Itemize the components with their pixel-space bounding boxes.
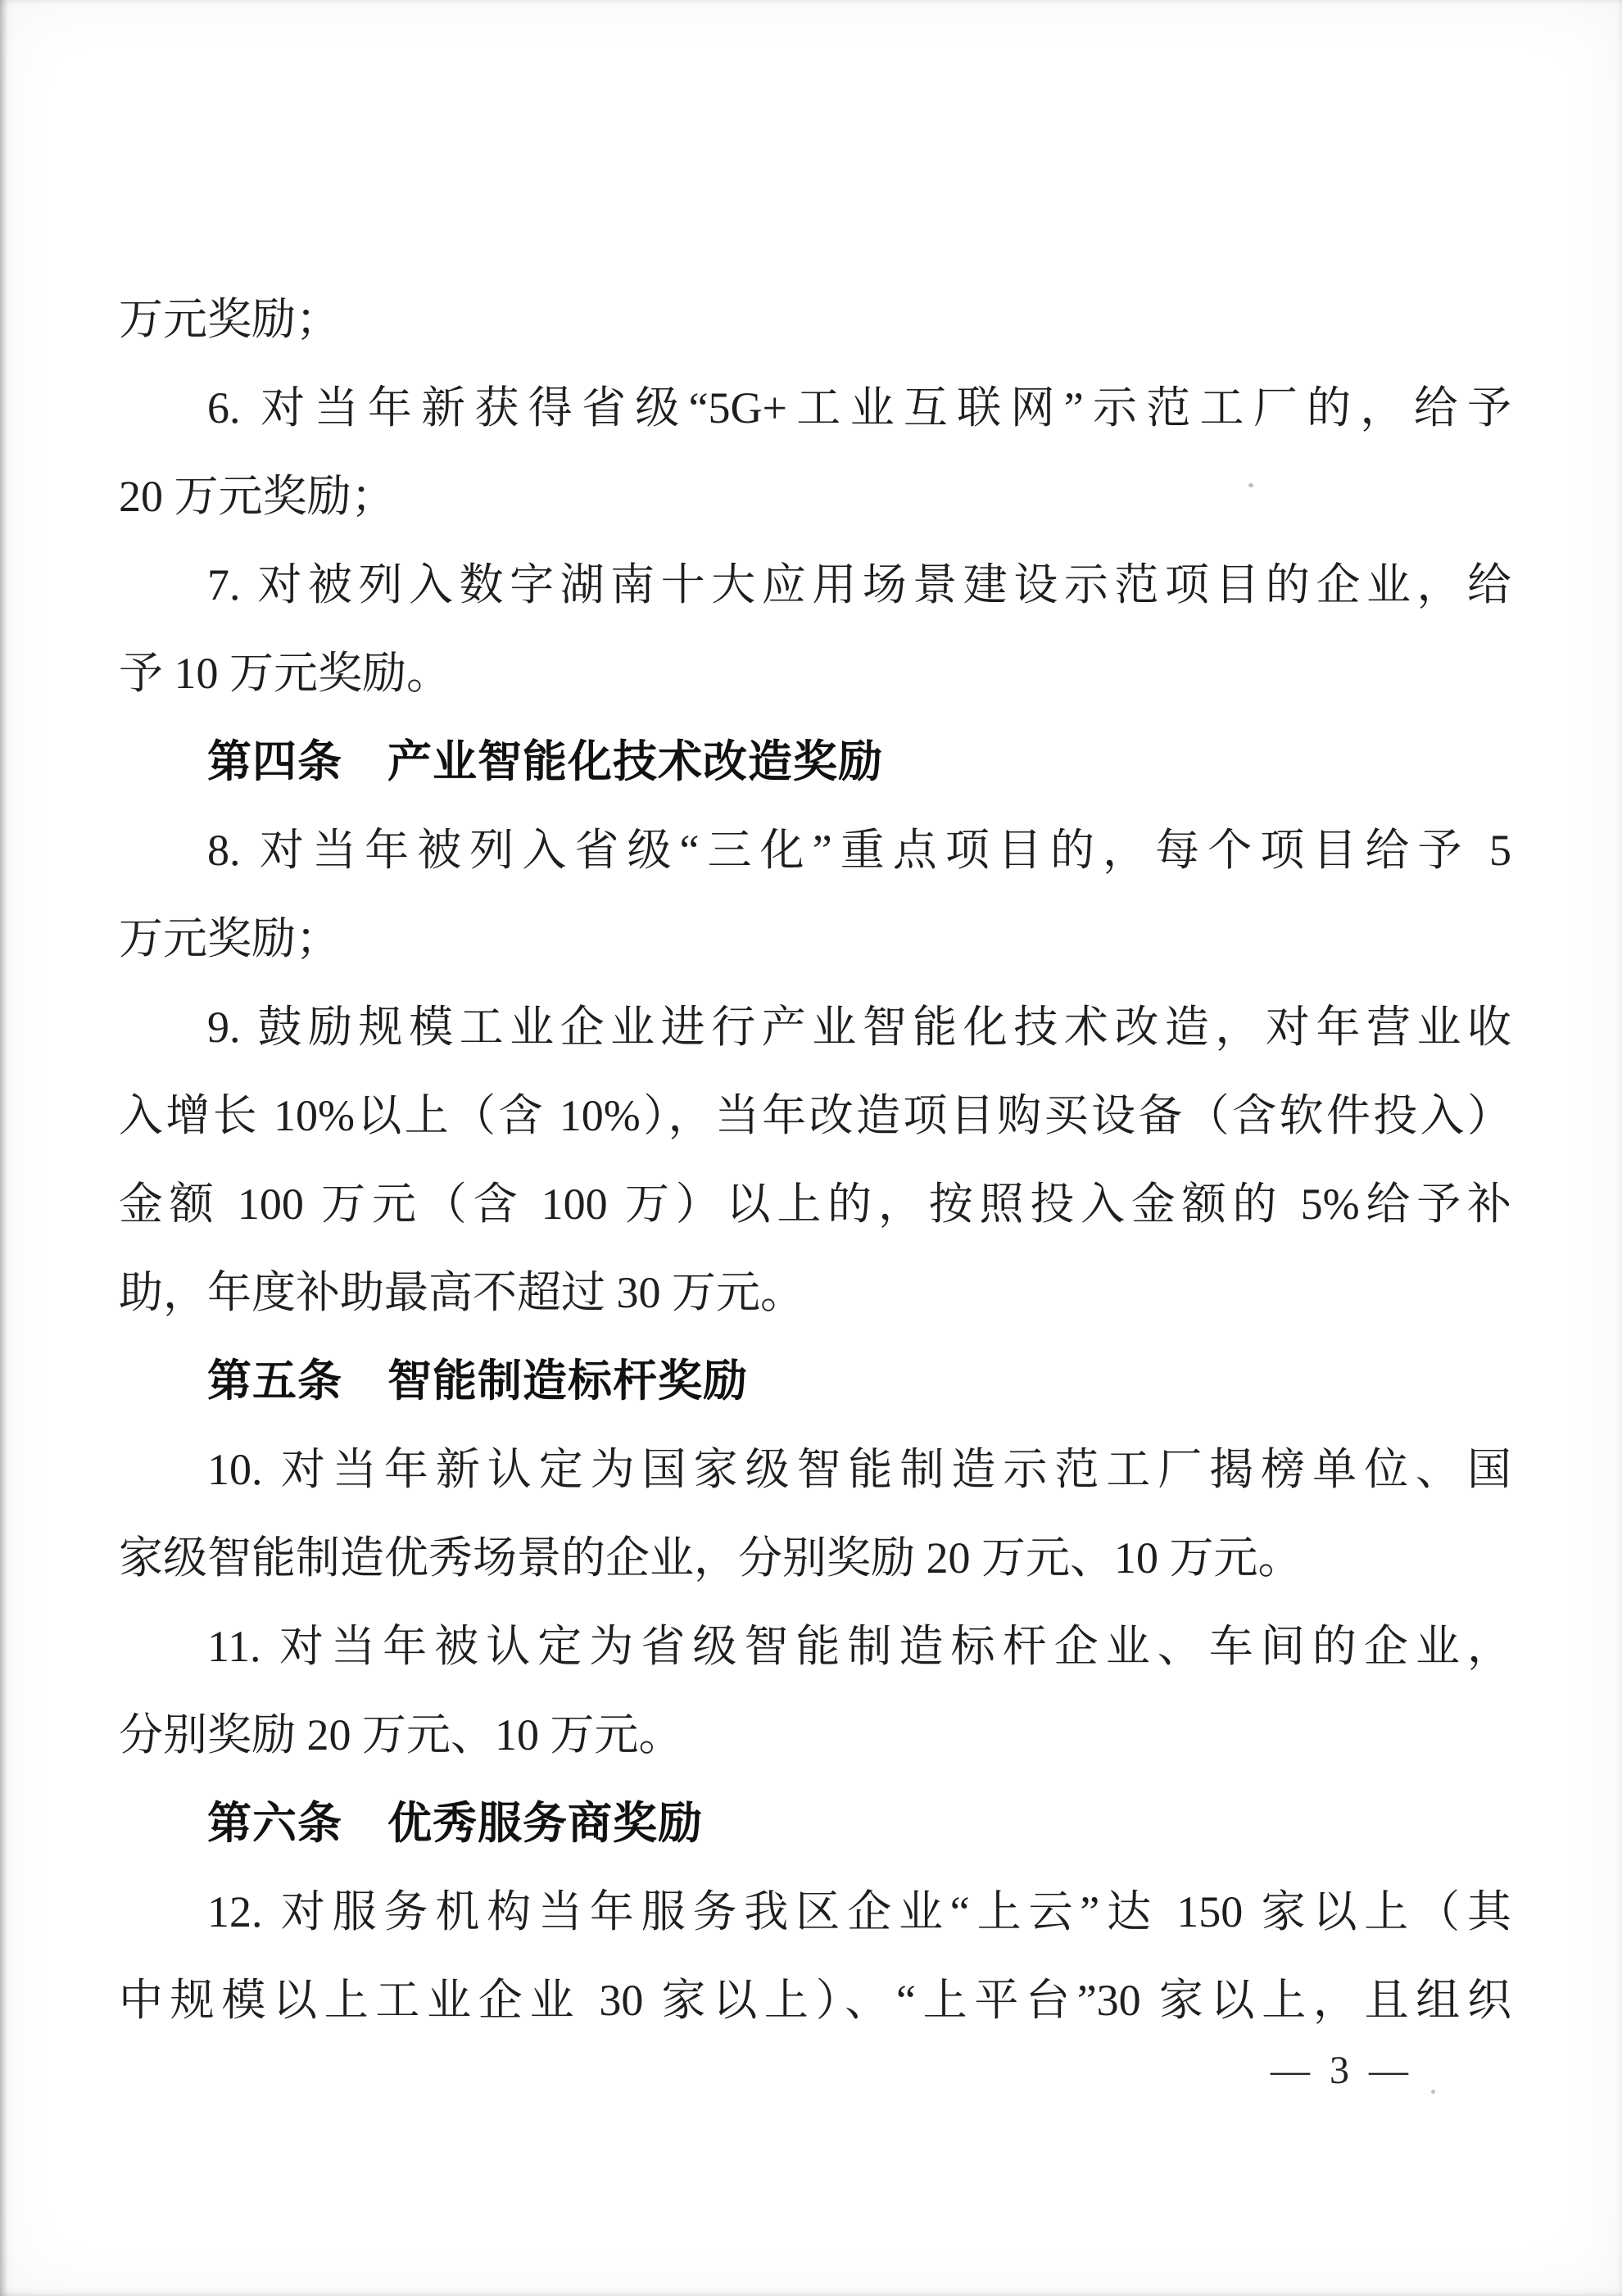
section-heading: 第六条 优秀服务商奖励 [119,1779,1511,1868]
text-line: 10. 对当年新认定为国家级智能制造示范工厂揭榜单位、国 [119,1425,1511,1514]
text-line: 中规模以上工业企业 30 家以上）、“上平台”30 家以上，且组织 [119,1956,1511,2045]
document-page: 万元奖励； 6. 对当年新获得省级“5G+工业互联网”示范工厂的，给予 20 万… [0,0,1622,2296]
text-line: 金额 100 万元（含 100 万）以上的，按照投入金额的 5%给予补 [119,1160,1511,1248]
text-line: 入增长 10%以上（含 10%），当年改造项目购买设备（含软件投入） [119,1071,1511,1160]
text-line: 6. 对当年新获得省级“5G+工业互联网”示范工厂的，给予 [119,364,1511,452]
text-line: 万元奖励； [119,275,1511,364]
text-line: 8. 对当年被列入省级“三化”重点项目的，每个项目给予 5 [119,806,1511,894]
text-line: 助，年度补助最高不超过 30 万元。 [119,1248,1511,1337]
text-line: 20 万元奖励； [119,452,1511,541]
text-line: 11. 对当年被认定为省级智能制造标杆企业、车间的企业， [119,1602,1511,1691]
section-heading: 第四条 产业智能化技术改造奖励 [119,718,1511,806]
text-line: 12. 对服务机构当年服务我区企业“上云”达 150 家以上（其 [119,1868,1511,1956]
scan-speck [1248,483,1253,487]
page-number: — 3 — [1271,2046,1413,2095]
document-body: 万元奖励； 6. 对当年新获得省级“5G+工业互联网”示范工厂的，给予 20 万… [119,275,1511,2045]
text-line: 万元奖励； [119,894,1511,983]
text-line: 家级智能制造优秀场景的企业，分别奖励 20 万元、10 万元。 [119,1514,1511,1602]
section-heading: 第五条 智能制造标杆奖励 [119,1337,1511,1425]
text-line: 9. 鼓励规模工业企业进行产业智能化技术改造，对年营业收 [119,983,1511,1071]
scan-edge-shadow [0,0,7,2296]
text-line: 7. 对被列入数字湖南十大应用场景建设示范项目的企业，给 [119,541,1511,629]
text-line: 予 10 万元奖励。 [119,629,1511,718]
scan-speck [1431,2090,1435,2094]
text-line: 分别奖励 20 万元、10 万元。 [119,1691,1511,1779]
